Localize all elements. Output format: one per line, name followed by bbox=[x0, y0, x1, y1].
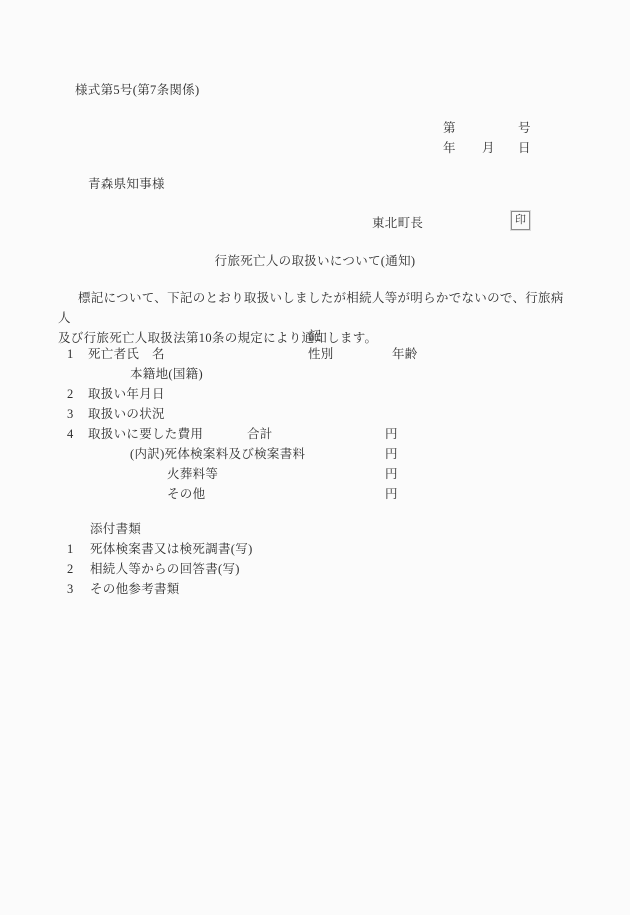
date-year-label: 年 bbox=[443, 141, 456, 155]
attachment-3-number: 3 bbox=[67, 582, 74, 596]
attachment-3-label: その他参考書類 bbox=[90, 582, 180, 596]
record-item4-unit: 円 bbox=[385, 427, 398, 441]
record-item4-total-label: 合計 bbox=[247, 427, 273, 441]
attachment-2-label: 相続人等からの回答書(写) bbox=[90, 562, 240, 576]
record-item4-label: 取扱いに要した費用 bbox=[88, 427, 203, 441]
record-item1-domicile-label: 本籍地(国籍) bbox=[130, 367, 203, 381]
date-month-label: 月 bbox=[482, 141, 495, 155]
breakdown-label: (内訳) bbox=[130, 447, 165, 461]
date-day-label: 日 bbox=[518, 141, 531, 155]
body-line-1: 標記について、下記のとおり取扱いしましたが相続人等が明らかでないので、行旅病人 bbox=[58, 288, 574, 328]
record-heading: 記 bbox=[0, 329, 630, 343]
doc-number-prefix: 第 bbox=[443, 121, 456, 135]
breakdown-row-1: (内訳)死体検案料及び検案書料 bbox=[130, 447, 305, 461]
breakdown-row-1-unit: 円 bbox=[385, 447, 398, 461]
breakdown-row-3-label: その他 bbox=[167, 487, 205, 501]
doc-number-suffix: 号 bbox=[518, 121, 531, 135]
addressee: 青森県知事様 bbox=[88, 177, 165, 191]
record-item2-number: 2 bbox=[67, 387, 74, 401]
breakdown-row-2-unit: 円 bbox=[385, 467, 398, 481]
attachments-heading: 添付書類 bbox=[90, 522, 141, 536]
document-page: 様式第5号(第7条関係) 第 号 年 月 日 青森県知事様 東北町長 印 行旅死… bbox=[0, 0, 630, 915]
breakdown-row-1-label: 死体検案料及び検案書料 bbox=[165, 447, 306, 461]
record-item1-number: 1 bbox=[67, 347, 74, 361]
record-item2-label: 取扱い年月日 bbox=[88, 387, 165, 401]
record-item3-label: 取扱いの状況 bbox=[88, 407, 165, 421]
record-item1-age-label: 年齢 bbox=[392, 347, 418, 361]
attachment-2-number: 2 bbox=[67, 562, 74, 576]
form-label: 様式第5号(第7条関係) bbox=[75, 83, 199, 97]
seal-mark: 印 bbox=[511, 211, 530, 230]
sender-title: 東北町長 bbox=[372, 216, 423, 230]
record-item3-number: 3 bbox=[67, 407, 74, 421]
attachment-1-number: 1 bbox=[67, 542, 74, 556]
attachment-1-label: 死体検案書又は検死調書(写) bbox=[90, 542, 253, 556]
breakdown-row-2-label: 火葬料等 bbox=[167, 467, 218, 481]
record-item4-number: 4 bbox=[67, 427, 74, 441]
breakdown-row-3-unit: 円 bbox=[385, 487, 398, 501]
document-title: 行旅死亡人の取扱いについて(通知) bbox=[0, 254, 630, 268]
record-item1-label: 死亡者氏 名 bbox=[88, 347, 165, 361]
record-item1-sex-label: 性別 bbox=[308, 347, 334, 361]
